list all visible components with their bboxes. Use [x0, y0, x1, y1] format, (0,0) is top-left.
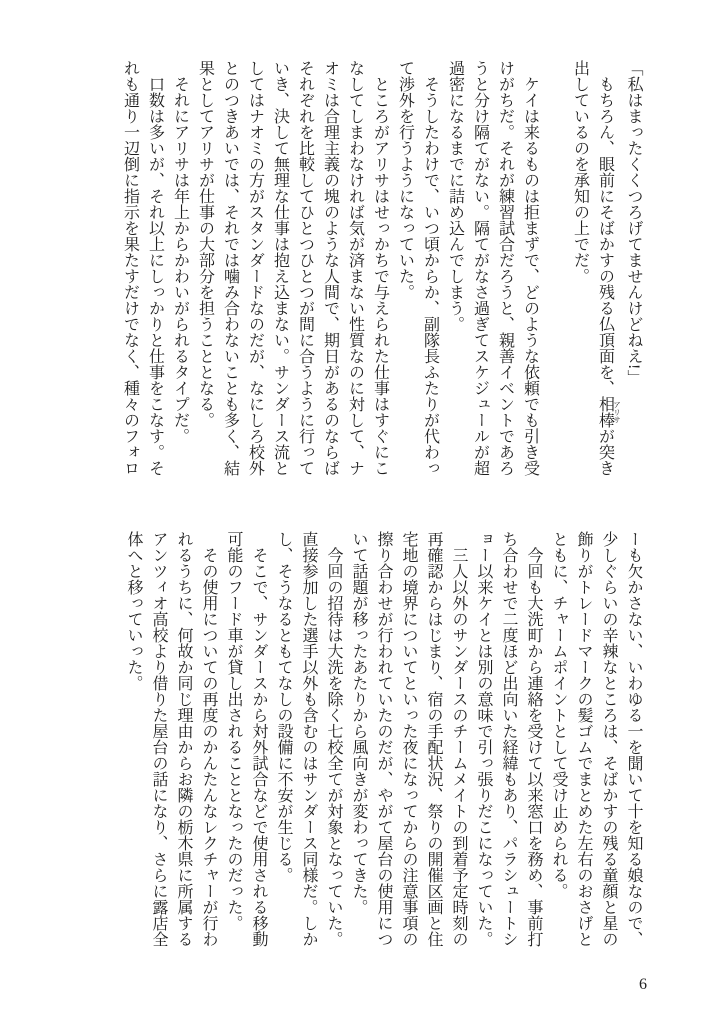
paragraph: もちろん、眼前にそばかすの残る仏頂面を、相棒アリサが突き出しているのを承知の上で…: [568, 60, 622, 478]
paragraph: ケイは来るものは拒まずで、どのような依頼でも引き受けがちだ。それが練習試合だろう…: [443, 60, 543, 478]
paragraph: ところがアリサはせっかちで与えられた仕事はすぐにこなしてしまわなければ気が済まな…: [193, 60, 393, 478]
paragraph: 「私はまったくくつろげてませんけどねえ!」: [621, 60, 646, 478]
text-block-bottom: ーも欠かさない、いわゆる一を聞いて十を知る娘なので、少しぐらいの辛辣なところは、…: [121, 531, 646, 949]
paragraph: そこで、サンダースから対外試合などで使用される移動可能のフード車が貸し出されるこ…: [221, 531, 271, 949]
paragraph: 今回も大洗町から連絡を受けて以来窓口を務め、事前打ち合わせで二度ほど出向いた経緯…: [471, 531, 546, 949]
paragraph: 口数は多いが、それ以上にしっかりと仕事をこなす。それも通り一辺倒に指示を果たすだ…: [118, 60, 168, 478]
paragraph: ーも欠かさない、いわゆる一を聞いて十を知る娘なので、少しぐらいの辛辣なところは、…: [546, 531, 646, 949]
paragraph: 三人以外のサンダースのチームメイトの到着予定時刻の再確認からはじまり、宿の手配状…: [346, 531, 471, 949]
paragraph: そうしたわけで、いつ頃からか、副隊長ふたりが代わって渉外を行うようになっていた。: [393, 60, 443, 478]
book-page: 「私はまったくくつろげてませんけどねえ!」もちろん、眼前にそばかすの残る仏頂面を…: [0, 0, 722, 1024]
paragraph: 今回の招待は大洗を除く七校全てが対象となっていた。直接参加した選手以外も含むのは…: [271, 531, 346, 949]
page-number: 6: [639, 976, 647, 994]
paragraph: その使用についての再度のかんたんなレクチャーが行われるうちに、何故か同じ理由から…: [121, 531, 221, 949]
ruby-annotated-word: 相棒アリサ: [597, 396, 614, 428]
paragraph: それにアリサは年上からかわいがられるタイプだ。: [168, 60, 193, 478]
furigana: アリサ: [613, 396, 622, 428]
text-block-top: 「私はまったくくつろげてませんけどねえ!」もちろん、眼前にそばかすの残る仏頂面を…: [118, 60, 647, 478]
